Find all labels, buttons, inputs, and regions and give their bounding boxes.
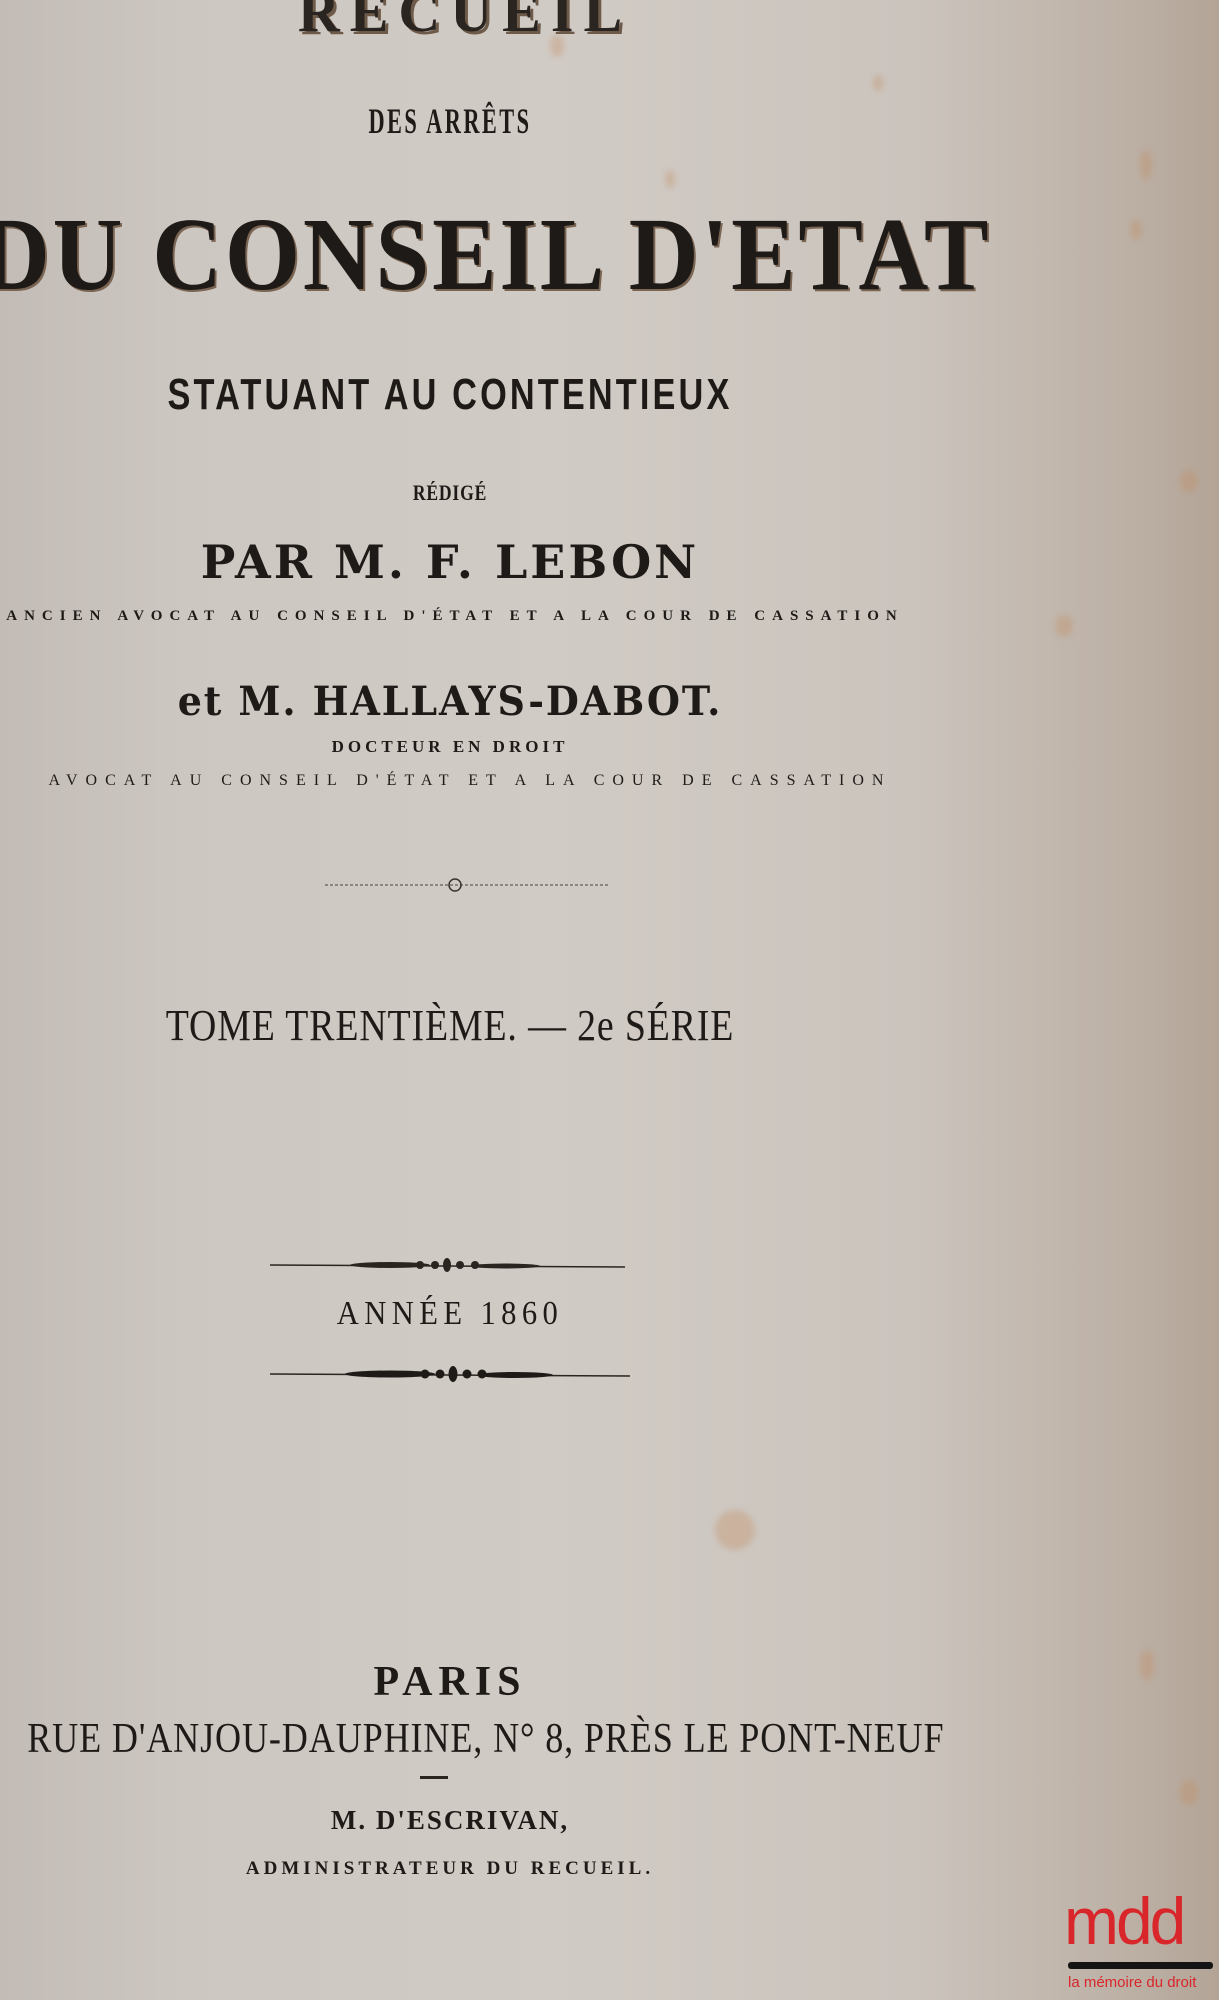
heading-statuant: STATUANT AU CONTENTIEUX — [99, 370, 801, 420]
foxing-spot — [715, 1510, 755, 1550]
year-label: ANNÉE 1860 — [45, 1295, 855, 1333]
foxing-spot — [873, 75, 883, 91]
author-lebon: PAR M. F. LEBON — [0, 535, 900, 589]
redige-label: RÉDIGÉ — [90, 480, 810, 506]
imprint-address: RUE D'ANJOU-DAUPHINE, N° 8, PRÈS LE PONT… — [27, 1715, 853, 1763]
heading-des-arrets: DES ARRÊTS — [171, 100, 729, 142]
heading-recueil: RECUEIL — [265, 0, 665, 45]
imprint-administrator-role: ADMINISTRATEUR DU RECUEIL. — [0, 1858, 900, 1880]
author-hallays-degree: DOCTEUR EN DROIT — [0, 737, 900, 757]
heading-conseil-detat: DU CONSEIL D'ETAT — [0, 195, 947, 314]
author-hallays-dabot: et M. HALLAYS-DABOT. — [23, 678, 878, 725]
ornament-rule-icon — [270, 1255, 625, 1275]
imprint-city: PARIS — [0, 1658, 900, 1706]
foxing-spot — [1180, 470, 1198, 492]
volume-label: TOME TRENTIÈME. — 2e SÉRIE — [63, 1000, 837, 1051]
ornament-rule-icon — [325, 875, 610, 895]
author-lebon-title: ANCIEN AVOCAT AU CONSEIL D'ÉTAT ET A LA … — [0, 608, 930, 625]
author-hallays-title: AVOCAT AU CONSEIL D'ÉTAT ET A LA COUR DE… — [40, 772, 900, 790]
mdd-logo-mark-icon: mdd — [1064, 1888, 1183, 1954]
mdd-logo-bar — [1068, 1962, 1213, 1969]
foxing-spot — [1130, 220, 1142, 240]
ornament-rule-icon — [270, 1364, 630, 1384]
mdd-logo: mdd la mémoire du droit — [1060, 1888, 1215, 1998]
foxing-spot — [1140, 150, 1152, 180]
foxing-spot — [1140, 1650, 1154, 1680]
imprint-divider — [420, 1776, 448, 1779]
title-page: RECUEIL DES ARRÊTS DU CONSEIL D'ETAT STA… — [0, 0, 1219, 2000]
foxing-spot — [1180, 1780, 1198, 1805]
imprint-administrator: M. D'ESCRIVAN, — [0, 1805, 900, 1836]
foxing-spot — [1055, 615, 1073, 637]
foxing-spot — [665, 170, 675, 188]
mdd-logo-tagline: la mémoire du droit — [1068, 1974, 1196, 1991]
